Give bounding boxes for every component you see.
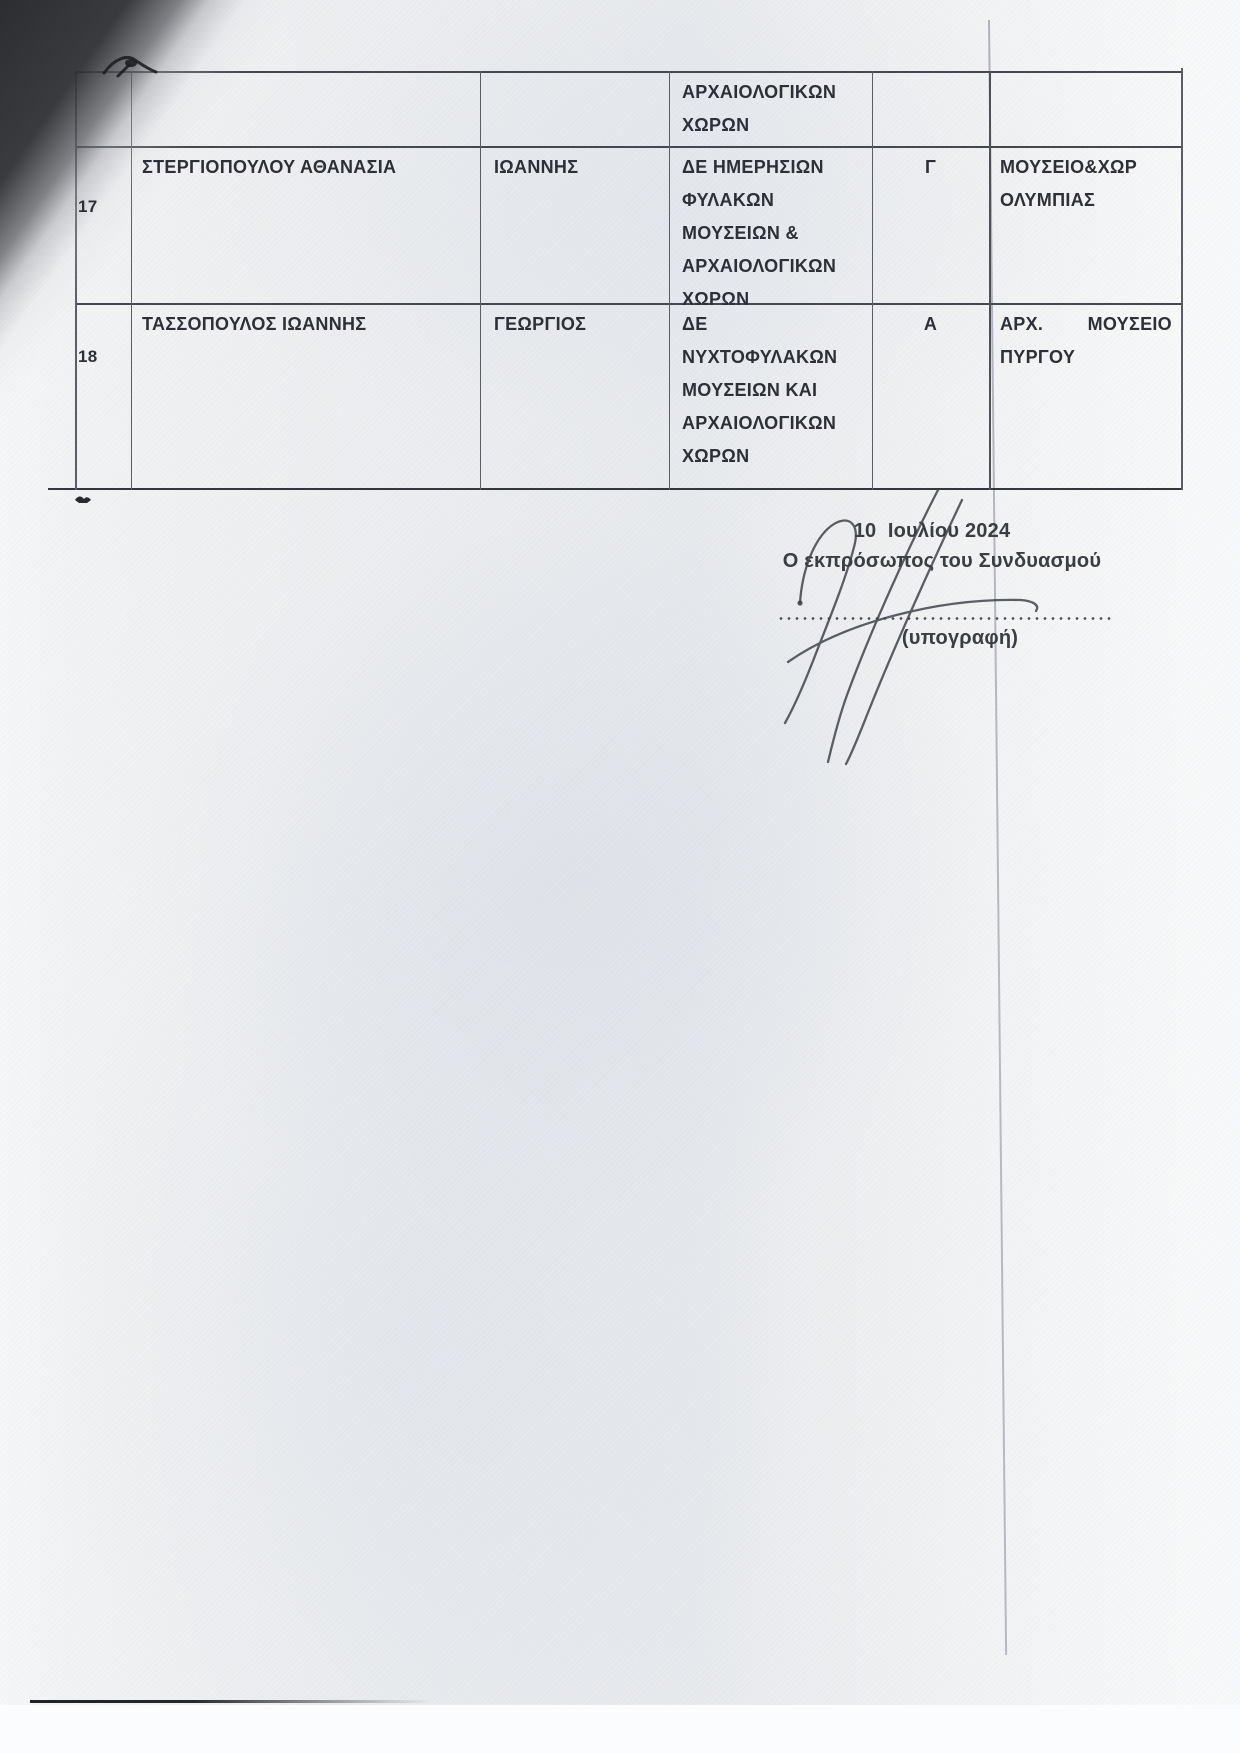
table-cell-row-number: 17 — [78, 190, 126, 223]
category-line: ΝΥΧΤΟΦΥΛΑΚΩΝ — [682, 341, 864, 374]
table-row-separator — [75, 303, 1183, 305]
category-line: ΑΡΧΑΙΟΛΟΓΙΚΩΝ — [682, 250, 864, 283]
table-right-border — [1181, 68, 1183, 490]
table-column-divider — [669, 71, 670, 490]
category-line: ΧΩΡΩΝ — [682, 440, 864, 473]
page-bottom-strip — [0, 1705, 1240, 1753]
vertical-scan-crease — [988, 20, 1007, 1655]
table-column-divider — [480, 71, 481, 490]
handwritten-signature — [740, 470, 1080, 780]
category-line: ΦΥΛΑΚΩΝ — [682, 184, 864, 217]
table-column-divider — [989, 71, 991, 490]
category-line: ΜΟΥΣΕΙΩΝ & — [682, 217, 864, 250]
table-cell-grade: Γ — [872, 151, 989, 184]
table-cell-category: ΔΕ ΗΜΕΡΗΣΙΩΝ ΦΥΛΑΚΩΝ ΜΟΥΣΕΙΩΝ & ΑΡΧΑΙΟΛΟ… — [682, 151, 864, 316]
pen-mark — [100, 46, 162, 82]
category-line: ΜΟΥΣΕΙΩΝ ΚΑΙ — [682, 374, 864, 407]
table-column-divider — [131, 71, 132, 490]
category-line: ΧΩΡΩΝ — [682, 109, 862, 142]
ink-blot — [73, 493, 93, 505]
table-cell-father-name: ΙΩΑΝΝΗΣ — [494, 151, 664, 184]
category-line: ΔΕ — [682, 308, 864, 341]
scanned-document-page: ΑΡΧΑΙΟΛΟΓΙΚΩΝ ΧΩΡΩΝ 17 ΣΤΕΡΓΙΟΠΟΥΛΟΥ ΑΘΑ… — [0, 0, 1240, 1753]
table-cell-father-name: ΓΕΩΡΓΙΟΣ — [494, 308, 664, 341]
scan-bottom-edge-line — [30, 1700, 432, 1703]
category-line: ΑΡΧΑΙΟΛΟΓΙΚΩΝ — [682, 407, 864, 440]
table-top-border — [75, 71, 1183, 73]
location-line: ΜΟΥΣΕΙΟ&ΧΩΡ — [1000, 151, 1172, 184]
location-line: ΑΡΧ. ΜΟΥΣΕΙΟ — [1000, 308, 1172, 341]
table-column-divider — [872, 71, 873, 490]
table-cell-surname-name: ΣΤΕΡΓΙΟΠΟΥΛΟΥ ΑΘΑΝΑΣΙΑ — [142, 151, 472, 184]
scan-texture — [0, 0, 1240, 1753]
location-line: ΟΛΥΜΠΙΑΣ — [1000, 184, 1172, 217]
table-cell-category-continuation: ΑΡΧΑΙΟΛΟΓΙΚΩΝ ΧΩΡΩΝ — [682, 76, 862, 142]
category-line: ΔΕ ΗΜΕΡΗΣΙΩΝ — [682, 151, 864, 184]
table-cell-location: ΜΟΥΣΕΙΟ&ΧΩΡ ΟΛΥΜΠΙΑΣ — [1000, 151, 1172, 217]
table-cell-grade: Α — [872, 308, 989, 341]
category-line: ΑΡΧΑΙΟΛΟΓΙΚΩΝ — [682, 76, 862, 109]
location-line: ΠΥΡΓΟΥ — [1000, 341, 1172, 374]
table-cell-location: ΑΡΧ. ΜΟΥΣΕΙΟ ΠΥΡΓΟΥ — [1000, 308, 1172, 374]
table-row-separator — [75, 146, 1183, 148]
table-cell-surname-name: ΤΑΣΣΟΠΟΥΛΟΣ ΙΩΑΝΝΗΣ — [142, 308, 472, 341]
table-cell-row-number: 18 — [78, 340, 126, 373]
scan-grain — [0, 0, 1240, 1753]
table-cell-category: ΔΕ ΝΥΧΤΟΦΥΛΑΚΩΝ ΜΟΥΣΕΙΩΝ ΚΑΙ ΑΡΧΑΙΟΛΟΓΙΚ… — [682, 308, 864, 473]
table-left-border — [75, 71, 77, 490]
